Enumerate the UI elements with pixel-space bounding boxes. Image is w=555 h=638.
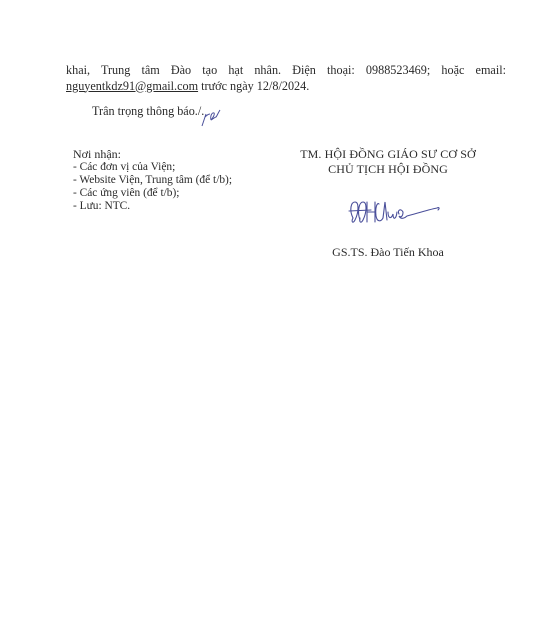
closing-text: Trân trọng thông báo./.: [92, 104, 204, 119]
recipients-list: - Các đơn vị của Viện; - Website Viện, T…: [73, 161, 232, 213]
document-page: khai, Trung tâm Đào tạo hạt nhân. Điện t…: [0, 0, 555, 638]
body-line-1: khai, Trung tâm Đào tạo hạt nhân. Điện t…: [66, 63, 506, 79]
recipient-item: - Các đơn vị của Viện;: [73, 161, 232, 174]
signer-name: GS.TS. Đào Tiến Khoa: [298, 245, 478, 260]
signer-title-line-2: CHỦ TỊCH HỘI ĐỒNG: [298, 162, 478, 177]
recipients-block: Nơi nhận: - Các đơn vị của Viện; - Websi…: [73, 147, 232, 213]
signature-icon: [345, 196, 445, 230]
body-paragraph: khai, Trung tâm Đào tạo hạt nhân. Điện t…: [66, 63, 506, 94]
signer-title: TM. HỘI ĐỒNG GIÁO SƯ CƠ SỞ CHỦ TỊCH HỘI …: [298, 147, 478, 177]
recipient-item: - Lưu: NTC.: [73, 200, 232, 213]
deadline-text: trước ngày 12/8/2024.: [198, 79, 309, 93]
email-link[interactable]: nguyentkdz91@gmail.com: [66, 79, 198, 93]
initials-icon: [198, 106, 224, 128]
recipients-heading: Nơi nhận:: [73, 147, 232, 161]
body-line-2: nguyentkdz91@gmail.com trước ngày 12/8/2…: [66, 79, 309, 93]
recipient-item: - Các ứng viên (để t/b);: [73, 187, 232, 200]
recipient-item: - Website Viện, Trung tâm (để t/b);: [73, 174, 232, 187]
signer-title-line-1: TM. HỘI ĐỒNG GIÁO SƯ CƠ SỞ: [298, 147, 478, 162]
